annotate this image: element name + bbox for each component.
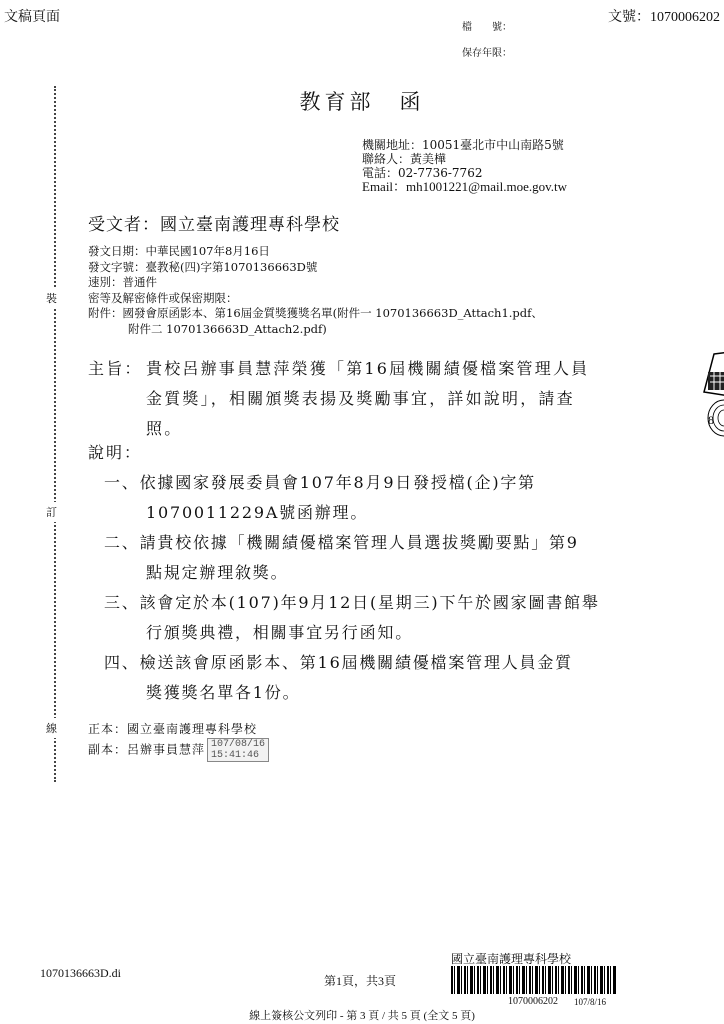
official-seal-icon: 8 (700, 352, 724, 442)
item-line-1: 四、檢送該會原函影本、第16屆機關績優檔案管理人員金質 (104, 648, 600, 678)
secrecy-level: 密等及解密條件或保密期限： (88, 291, 543, 307)
original-recipient: 正本：國立臺南護理專科學校 (88, 720, 269, 738)
page-type-label: 文稿頁面 (4, 6, 60, 26)
binding-label-bottom: 線 (46, 718, 57, 738)
item-line-2: 1070011229A號函辦理。 (104, 498, 600, 528)
explanation-item: 一、依據國家發展委員會107年8月9日發授檔(企)字第 1070011229A號… (104, 468, 600, 528)
item-line-1: 二、請貴校依據「機關績優檔案管理人員選拔獎勵要點」第9 (104, 528, 600, 558)
delivery-speed: 速別：普通件 (88, 275, 543, 291)
item-line-2: 獎獲獎名單各1份。 (104, 678, 600, 708)
document-title: 教育部 函 (0, 86, 724, 116)
item-line-2: 點規定辦理敘獎。 (104, 558, 600, 588)
contact-phone: 電話：02-7736-7762 (362, 166, 567, 180)
explanation-item: 二、請貴校依據「機關績優檔案管理人員選拔獎勵要點」第9 點規定辦理敘獎。 (104, 528, 600, 588)
footer-file-name: 1070136663D.di (40, 966, 121, 981)
distribution-block: 正本：國立臺南護理專科學校 副本：呂辦事員慧萍107/08/1615:41:46 (88, 720, 269, 762)
contact-email: Email：mh1001221@mail.moe.gov.tw (362, 180, 567, 194)
explanation-item: 四、檢送該會原函影本、第16屆機關績優檔案管理人員金質 獎獲獎名單各1份。 (104, 648, 600, 708)
subject-block: 主旨：貴校呂辦事員慧萍榮獲「第16屆機關績優檔案管理人員 金質獎」，相關頒獎表揚… (88, 354, 589, 444)
barcode-number: 1070006202 (508, 996, 558, 1007)
stamp-date: 107/08/16 (211, 739, 265, 750)
reference-number: 發文字號：臺教秘(四)字第1070136663D號 (88, 260, 543, 276)
svg-text:8: 8 (708, 413, 714, 427)
subject-line-3: 照。 (88, 414, 589, 444)
barcode-school-name: 國立臺南護理專科學校 (451, 950, 571, 967)
item-line-1: 三、該會定於本(107)年9月12日(星期三)下午於國家圖書館舉 (104, 588, 600, 618)
binding-label-top: 裝 (46, 288, 57, 308)
binding-dotted-line (54, 86, 56, 782)
document-meta: 發文日期：中華民國107年8月16日 發文字號：臺教秘(四)字第10701366… (88, 244, 543, 337)
copy-recipient-row: 副本：呂辦事員慧萍107/08/1615:41:46 (88, 738, 269, 762)
copy-recipient: 副本：呂辦事員慧萍 (88, 743, 205, 757)
retention-period-label: 保存年限： (462, 44, 512, 59)
item-line-1: 一、依據國家發展委員會107年8月9日發授檔(企)字第 (104, 468, 600, 498)
recipient: 受文者：國立臺南護理專科學校 (88, 210, 340, 235)
barcode-date: 107/8/16 (574, 997, 606, 1007)
subject-line-1: 貴校呂辦事員慧萍榮獲「第16屆機關績優檔案管理人員 (146, 359, 589, 378)
issue-date: 發文日期：中華民國107年8月16日 (88, 244, 543, 260)
explanation-list: 一、依據國家發展委員會107年8月9日發授檔(企)字第 1070011229A號… (104, 468, 600, 708)
file-number-label: 檔 號： (462, 18, 512, 33)
contact-block: 機關地址：10051臺北市中山南路5號 聯絡人：黃美樺 電話：02-7736-7… (362, 138, 567, 194)
attachments-line-2[interactable]: 附件二 1070136663D_Attach2.pdf) (88, 322, 543, 338)
attachments-line-1[interactable]: 附件：國發會原函影本、第16屆金質獎獲獎名單(附件一 1070136663D_A… (88, 306, 543, 322)
subject-label: 主旨： (88, 354, 146, 384)
contact-person: 聯絡人：黃美樺 (362, 152, 567, 166)
binding-label-mid: 訂 (46, 502, 57, 522)
item-line-2: 行頒獎典禮，相關事宜另行函知。 (104, 618, 600, 648)
stamp-time: 15:41:46 (211, 750, 259, 761)
explanation-label: 說明： (88, 440, 142, 463)
document-number: 文號：1070006202 (608, 6, 720, 26)
electronic-signature-stamp: 107/08/1615:41:46 (207, 738, 269, 762)
footer-page-info: 第1頁，共3頁 (324, 972, 396, 989)
footer-print-info: 線上簽核公文列印 - 第 3 頁 / 共 5 頁 (全文 5 頁) (0, 1007, 724, 1023)
barcode-icon (451, 966, 617, 994)
subject-line-2: 金質獎」，相關頒獎表揚及獎勵事宜，詳如說明，請查 (88, 384, 589, 414)
explanation-item: 三、該會定於本(107)年9月12日(星期三)下午於國家圖書館舉 行頒獎典禮，相… (104, 588, 600, 648)
agency-address: 機關地址：10051臺北市中山南路5號 (362, 138, 567, 152)
